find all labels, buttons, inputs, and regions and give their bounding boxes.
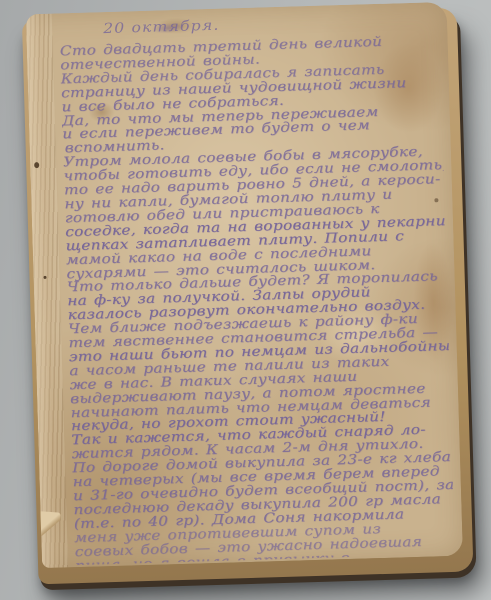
handwriting-lines: Сто двадцать третий день великойотечеств… [60,34,455,565]
date-line: 20 октября. [103,10,455,37]
handwriting-area: 20 октября. Сто двадцать третий день вел… [59,9,455,565]
dog-ear-fold [37,511,61,539]
photo-background: 20 октября. Сто двадцать третий день вел… [0,0,491,600]
notebook: 20 октября. Сто двадцать третий день вел… [18,0,473,580]
ink-speck [34,162,39,168]
diary-page: 20 октября. Сто двадцать третий день вел… [26,2,463,568]
ink-speck [43,276,46,279]
